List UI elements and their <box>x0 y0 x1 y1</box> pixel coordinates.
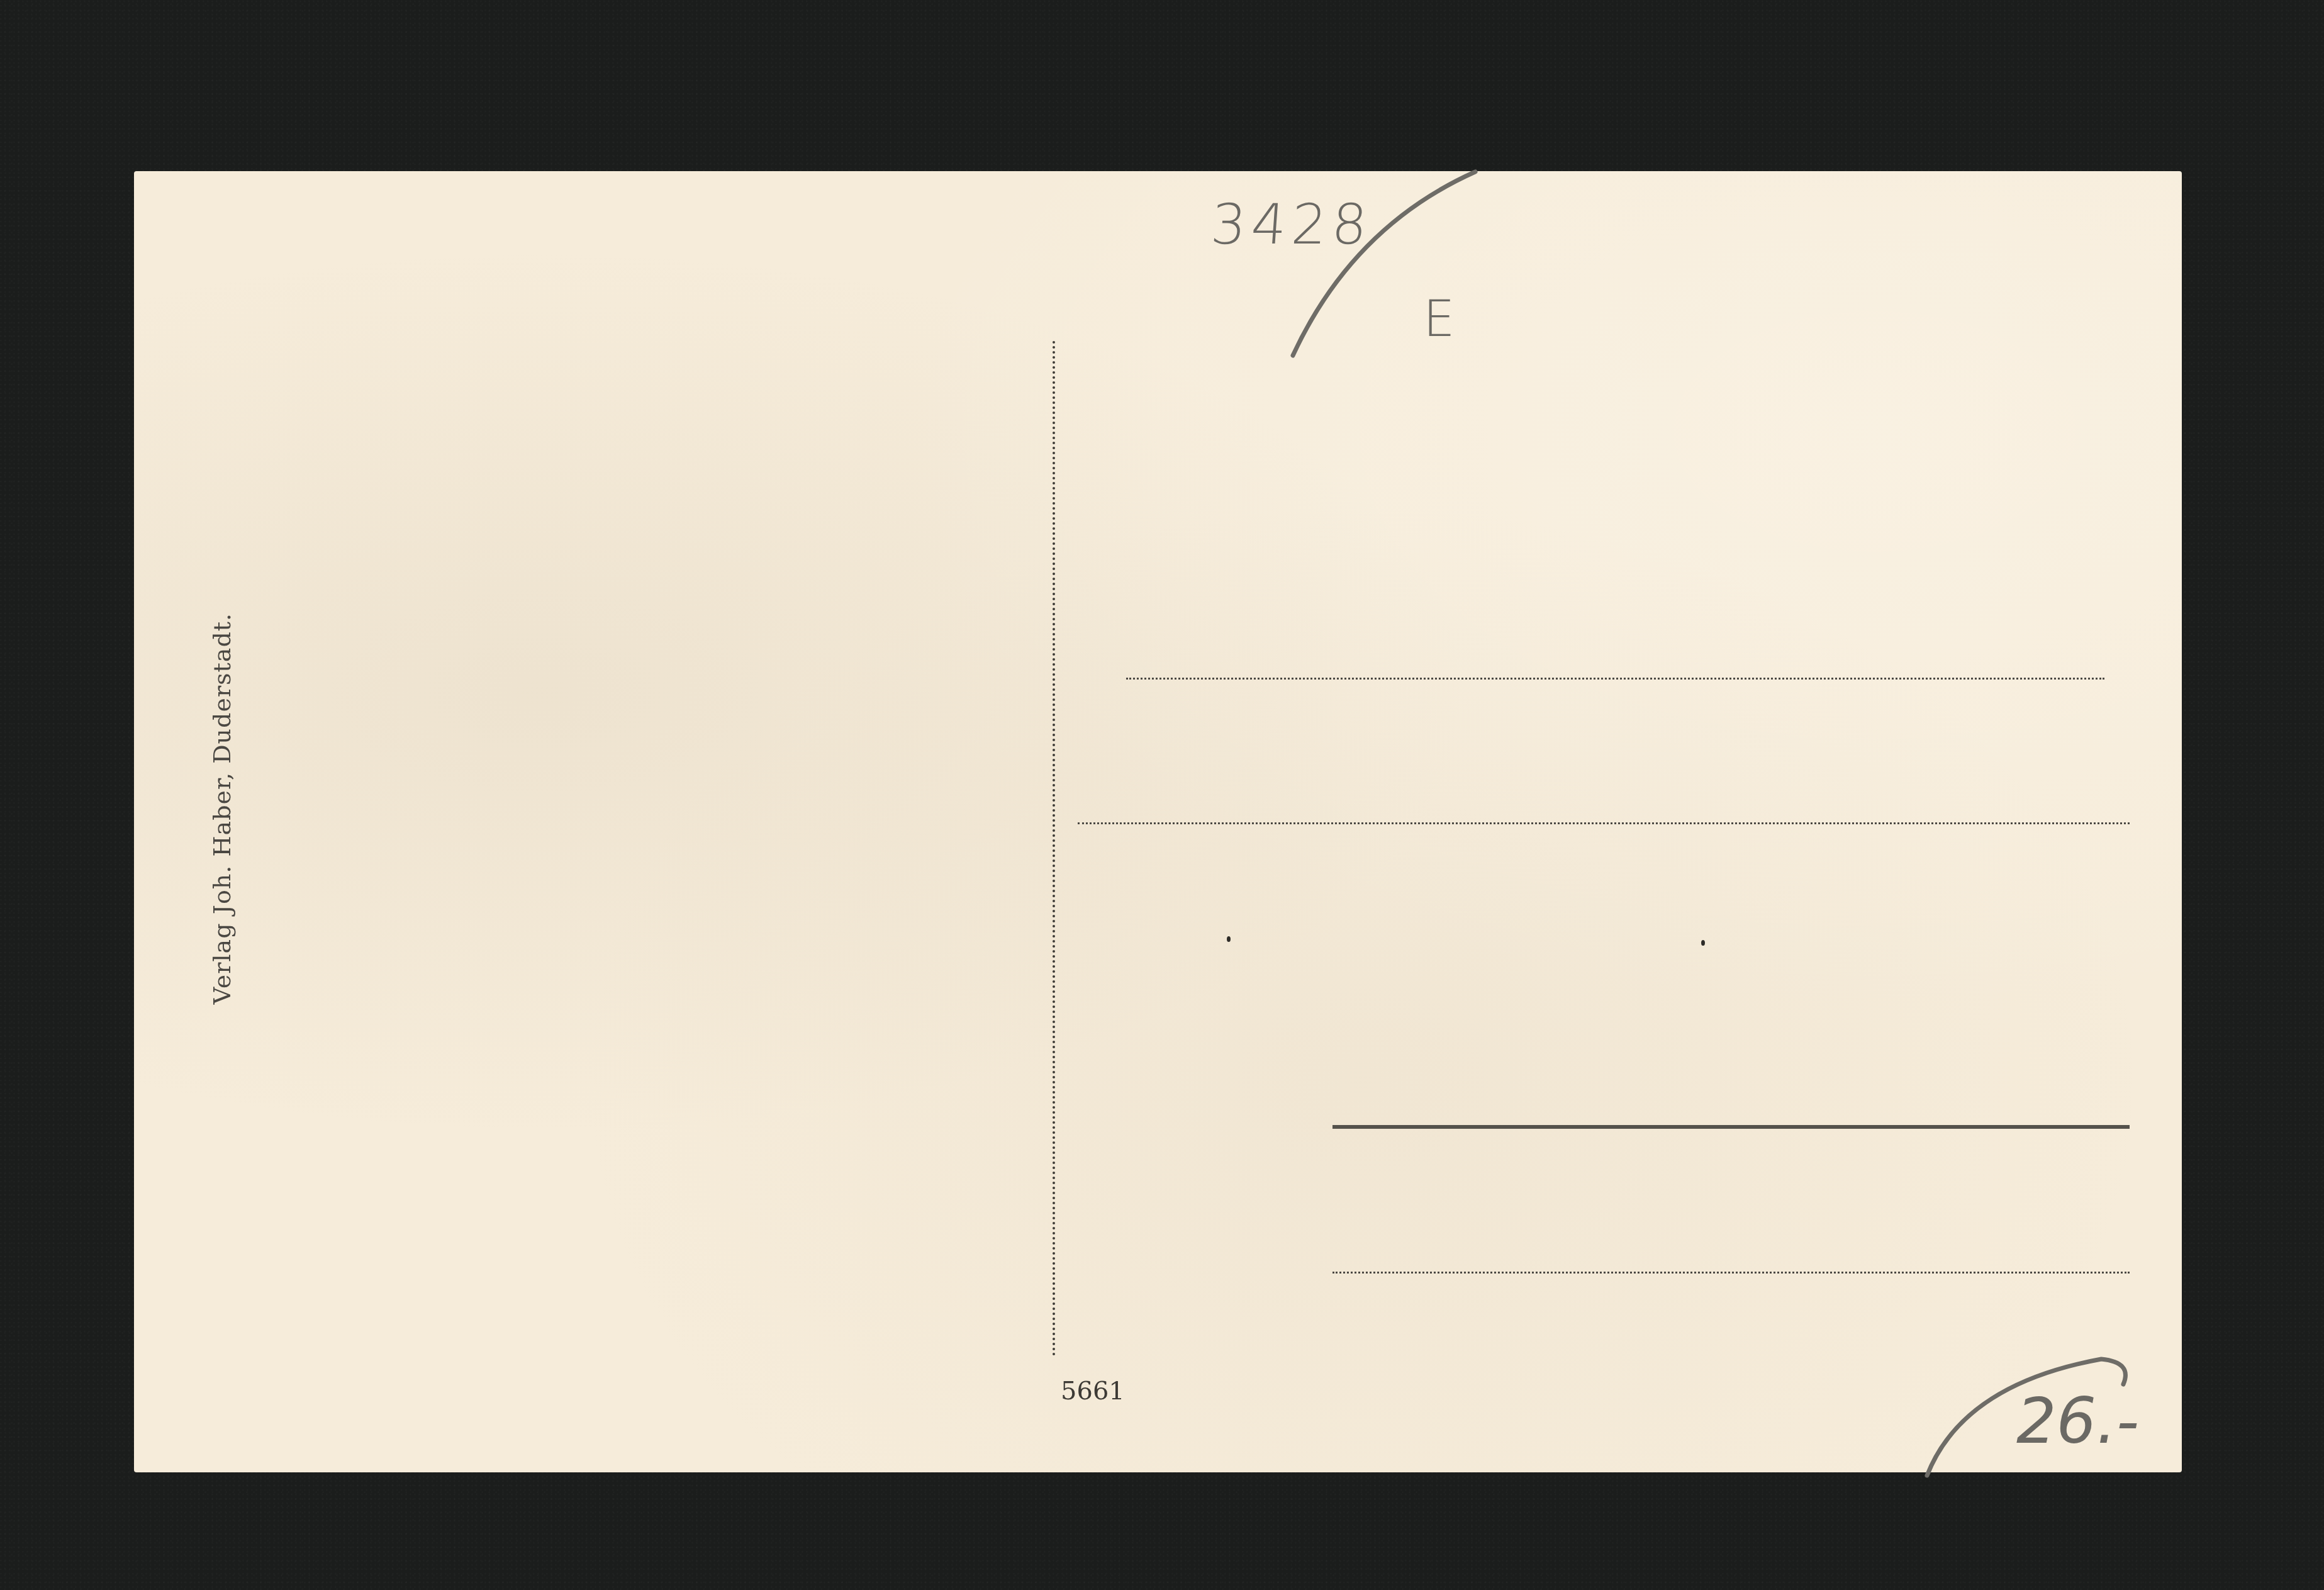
pencil-strokes <box>0 0 2324 1590</box>
pencil-arc-top <box>1293 172 1475 356</box>
pencil-arc-price <box>1927 1359 2125 1475</box>
